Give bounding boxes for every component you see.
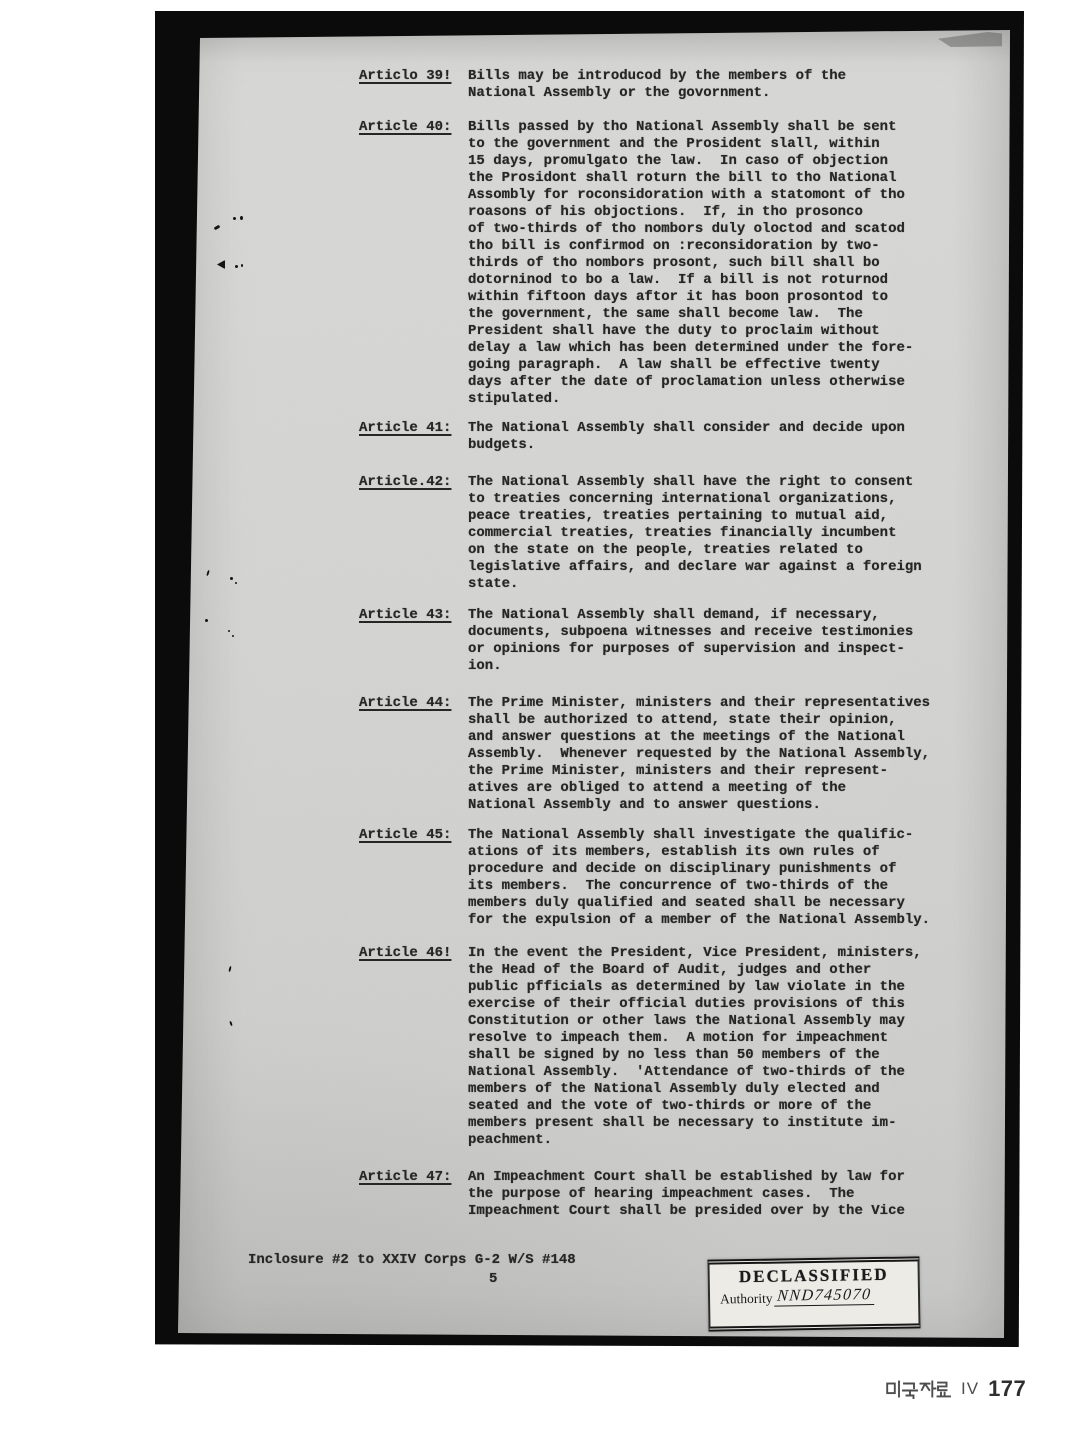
stamp-authority-number: NND745070: [774, 1286, 876, 1307]
article-43-label: Article 43:: [359, 607, 451, 624]
article-39-label: Articlo 39!: [359, 68, 451, 85]
article-45-label: Article 45:: [359, 827, 451, 844]
ink-speck: [235, 265, 238, 268]
volume-numeral: IV: [961, 1379, 979, 1399]
article-39-body: Bills may be introducod by the members o…: [468, 68, 948, 102]
article-42-label: Article.42:: [359, 474, 451, 491]
article-44-label: Article 44:: [359, 695, 451, 712]
ink-speck: [230, 577, 233, 580]
article-41-body: The National Assembly shall consider and…: [468, 420, 948, 454]
article-43-body: The National Assembly shall demand, if n…: [468, 607, 948, 675]
article-41-label: Article 41:: [359, 420, 451, 437]
inclosure-note: Inclosure #2 to XXIV Corps G-2 W/S #148: [248, 1252, 576, 1269]
ink-speck: [233, 217, 236, 220]
ink-speck: [240, 216, 243, 220]
article-47-label: Article 47:: [359, 1169, 451, 1186]
article-45-body: The National Assembly shall investigate …: [468, 827, 948, 929]
page: { "document": { "articles": [ { "label":…: [0, 0, 1080, 1439]
page-number: 5: [489, 1271, 497, 1288]
article-46-body: In the event the President, Vice Preside…: [468, 945, 948, 1149]
typed-text-layer: Articlo 39! Bills may be introducod by t…: [0, 0, 1080, 1439]
article-42-body: The National Assembly shall have the rig…: [468, 474, 948, 593]
article-44-body: The Prime Minister, ministers and their …: [468, 695, 948, 814]
ink-speck: [228, 630, 230, 632]
stamp-authority-label: Authority: [720, 1291, 773, 1308]
korean-caption-graphic: [886, 1379, 952, 1399]
article-46-label: Article 46!: [359, 945, 451, 962]
book-page-number: 177: [988, 1376, 1026, 1402]
ink-speck: [232, 635, 234, 637]
article-40-body: Bills passed by tho National Assembly sh…: [468, 119, 948, 408]
article-47-body: An Impeachment Court shall be establishe…: [468, 1169, 948, 1220]
book-caption: 미국자료 IV 177: [886, 1375, 1046, 1403]
ink-speck: [241, 264, 243, 267]
declassified-stamp-title: DECLASSIFIED: [710, 1264, 918, 1287]
ink-speck: [205, 619, 208, 622]
ink-speck: [235, 582, 237, 584]
article-40-label: Article 40:: [359, 119, 451, 136]
declassified-stamp: DECLASSIFIED Authority NND745070: [707, 1256, 920, 1331]
